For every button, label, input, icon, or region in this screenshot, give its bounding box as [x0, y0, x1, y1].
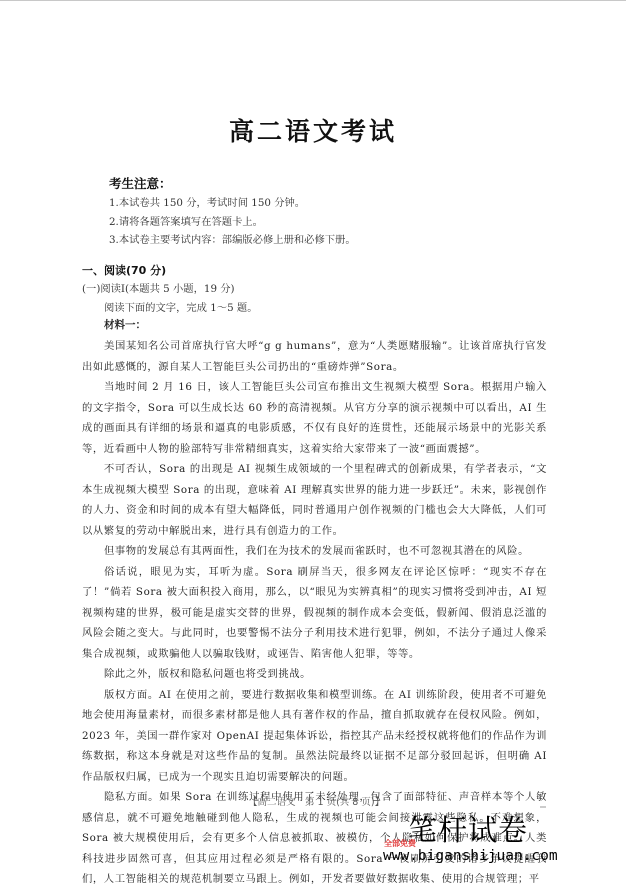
paragraph: 但事物的发展总有其两面性，我们在为技术的发展而雀跃时，也不可忽视其潜在的风险。 [82, 541, 547, 562]
paragraph: 除此之外，版权和隐私问题也将受到挑战。 [82, 664, 547, 685]
subsection-heading: (一)阅读Ⅰ(本题共 5 小题，19 分) [82, 280, 547, 299]
notice-item: 1.本试卷共 150 分，考试时间 150 分钟。 [109, 194, 356, 213]
reading-instruction: 阅读下面的文字，完成 1～5 题。 [82, 299, 547, 318]
top-border [0, 0, 626, 1]
page-footer: 【高二语文 第 1 页(共 8 页)】 [248, 794, 384, 808]
watermark-url: www.biganshijuan.com [383, 848, 558, 864]
watermark-brand: 笔杆试卷 [408, 808, 528, 849]
exam-notice: 考生注意： 1.本试卷共 150 分，考试时间 150 分钟。 2.请将各题答案… [109, 174, 356, 250]
notice-item: 2.请将各题答案填写在答题卡上。 [109, 213, 356, 232]
page-title: 高二语文考试 [0, 112, 626, 148]
paragraph: 美国某知名公司首席执行官大呼“g g humans”，意为“人类愿赌服输”。让该… [82, 336, 547, 377]
section-heading: 一、阅读(70 分) [82, 262, 547, 280]
notice-item: 3.本试卷主要考试内容：部编版必修上册和必修下册。 [109, 231, 356, 250]
paragraph: 俗话说，眼见为实，耳听为虚。Sora 刷屏当天，很多网友在评论区惊呼：“现实不存… [82, 562, 547, 665]
material-label: 材料一： [82, 317, 547, 336]
footer-mark [540, 806, 546, 808]
paragraph: 版权方面。AI 在使用之前，要进行数据收集和模型训练。在 AI 训练阶段，使用者… [82, 685, 547, 788]
paragraph: 不可否认，Sora 的出现是 AI 视频生成领域的一个里程碑式的创新成果，有学者… [82, 459, 547, 541]
paragraph: 当地时间 2 月 16 日，该人工智能巨头公司宣布推出文生视频大模型 Sora。… [82, 377, 547, 459]
notice-heading: 考生注意： [109, 174, 356, 194]
